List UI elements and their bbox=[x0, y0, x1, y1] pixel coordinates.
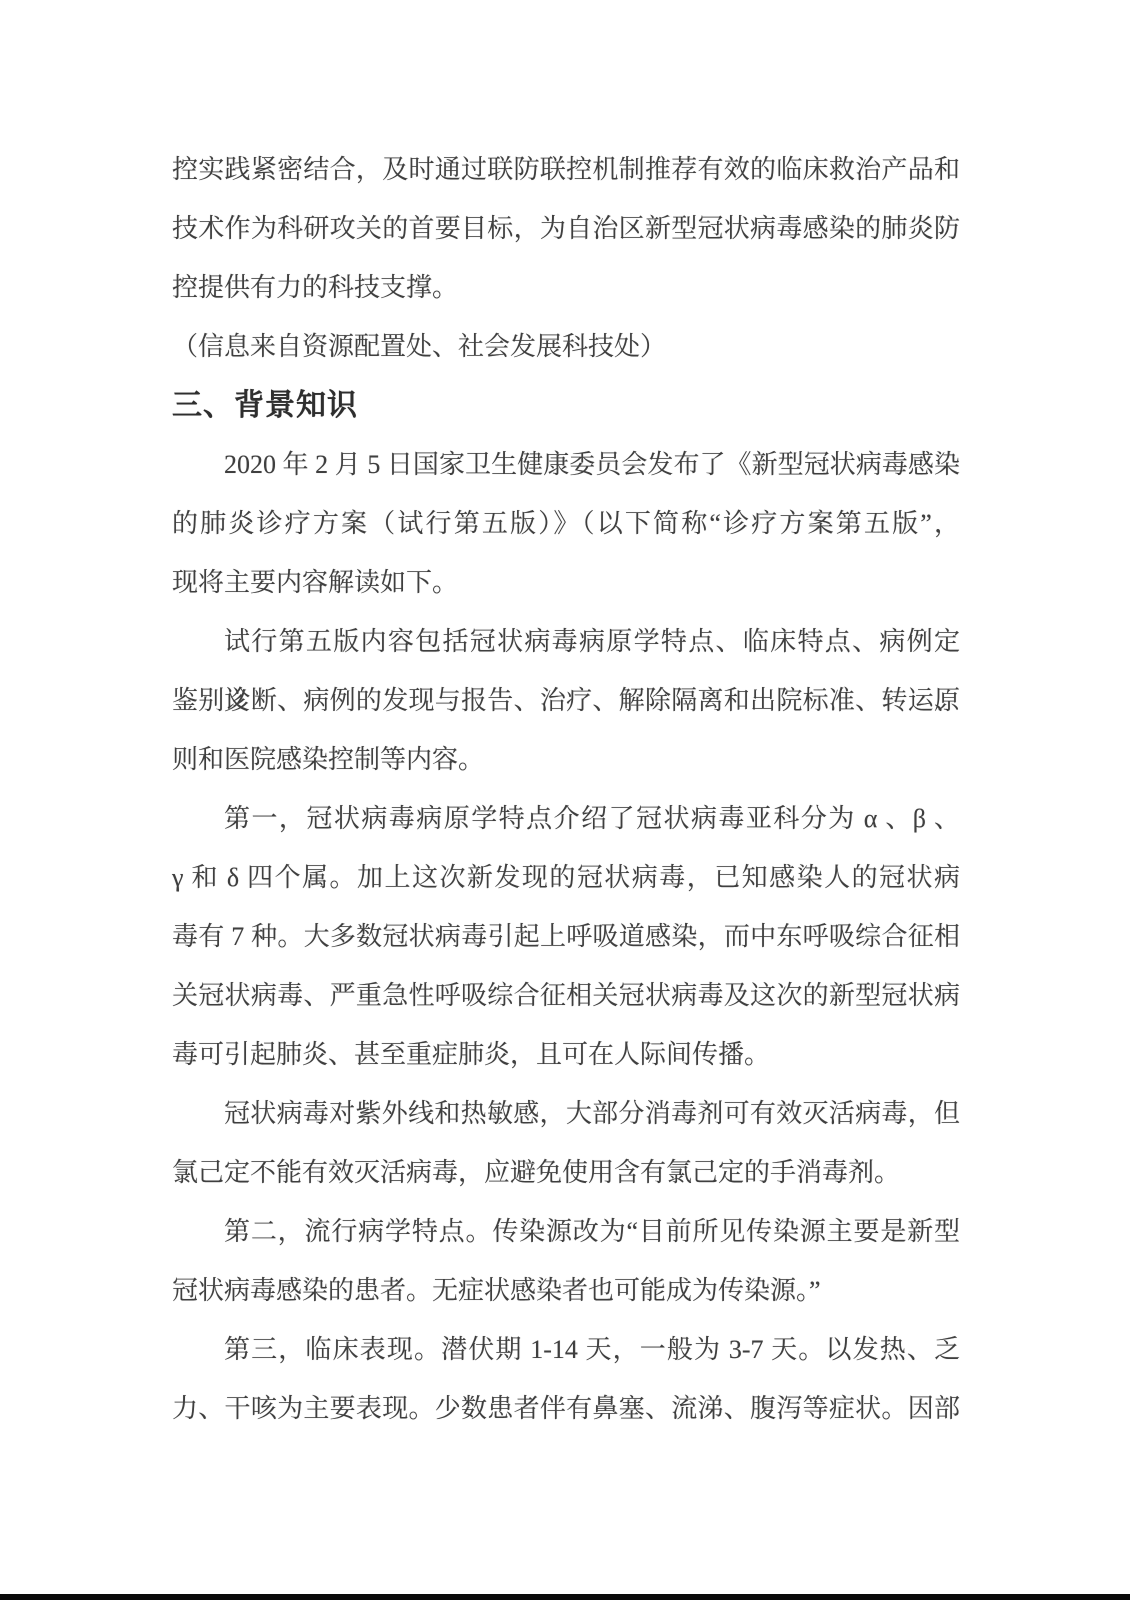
text-line: 冠状病毒对紫外线和热敏感，大部分消毒剂可有效灭活病毒，但 bbox=[172, 1084, 960, 1143]
text-line: 氯己定不能有效灭活病毒，应避免使用含有氯己定的手消毒剂。 bbox=[172, 1143, 960, 1202]
paragraph: 控实践紧密结合，及时通过联防联控机制推荐有效的临床救治产品和 技术作为科研攻关的… bbox=[172, 140, 960, 317]
text-line: 控实践紧密结合，及时通过联防联控机制推荐有效的临床救治产品和 bbox=[172, 140, 960, 199]
text-line: 冠状病毒感染的患者。无症状感染者也可能成为传染源。” bbox=[172, 1261, 960, 1320]
paragraph: 第三，临床表现。潜伏期 1-14 天，一般为 3-7 天。以发热、乏 力、干咳为… bbox=[172, 1320, 960, 1438]
paragraph: 冠状病毒对紫外线和热敏感，大部分消毒剂可有效灭活病毒，但 氯己定不能有效灭活病毒… bbox=[172, 1084, 960, 1202]
text-line: 的肺炎诊疗方案（试行第五版）》（以下简称“诊疗方案第五版”， bbox=[172, 494, 960, 553]
text-line: （信息来自资源配置处、社会发展科技处） bbox=[172, 317, 960, 376]
page-bottom-edge bbox=[0, 1594, 1130, 1600]
text-line: 第三，临床表现。潜伏期 1-14 天，一般为 3-7 天。以发热、乏 bbox=[172, 1320, 960, 1379]
document-page: 控实践紧密结合，及时通过联防联控机制推荐有效的临床救治产品和 技术作为科研攻关的… bbox=[172, 140, 960, 1438]
text-line: 控提供有力的科技支撑。 bbox=[172, 258, 960, 317]
section-heading: 三、背景知识 bbox=[172, 376, 960, 435]
text-line: γ 和 δ 四个属。加上这次新发现的冠状病毒，已知感染人的冠状病 bbox=[172, 848, 960, 907]
paragraph: 试行第五版内容包括冠状病毒病原学特点、临床特点、病例定义、 鉴别诊断、病例的发现… bbox=[172, 612, 960, 789]
text-line: 2020 年 2 月 5 日国家卫生健康委员会发布了《新型冠状病毒感染 bbox=[172, 435, 960, 494]
text-line: 第二，流行病学特点。传染源改为“目前所见传染源主要是新型 bbox=[172, 1202, 960, 1261]
text-line: 鉴别诊断、病例的发现与报告、治疗、解除隔离和出院标准、转运原 bbox=[172, 671, 960, 730]
text-line: 现将主要内容解读如下。 bbox=[172, 553, 960, 612]
text-line: 毒可引起肺炎、甚至重症肺炎，且可在人际间传播。 bbox=[172, 1025, 960, 1084]
text-line: 试行第五版内容包括冠状病毒病原学特点、临床特点、病例定义、 bbox=[172, 612, 960, 671]
text-line: 力、干咳为主要表现。少数患者伴有鼻塞、流涕、腹泻等症状。因部 bbox=[172, 1379, 960, 1438]
text-line: 毒有 7 种。大多数冠状病毒引起上呼吸道感染，而中东呼吸综合征相 bbox=[172, 907, 960, 966]
text-line: 关冠状病毒、严重急性呼吸综合征相关冠状病毒及这次的新型冠状病 bbox=[172, 966, 960, 1025]
text-line: 技术作为科研攻关的首要目标，为自治区新型冠状病毒感染的肺炎防 bbox=[172, 199, 960, 258]
paragraph: 第一，冠状病毒病原学特点介绍了冠状病毒亚科分为 α 、β 、 γ 和 δ 四个属… bbox=[172, 789, 960, 1084]
paragraph: 2020 年 2 月 5 日国家卫生健康委员会发布了《新型冠状病毒感染 的肺炎诊… bbox=[172, 435, 960, 612]
text-line: 第一，冠状病毒病原学特点介绍了冠状病毒亚科分为 α 、β 、 bbox=[172, 789, 960, 848]
text-line: 则和医院感染控制等内容。 bbox=[172, 730, 960, 789]
paragraph: 第二，流行病学特点。传染源改为“目前所见传染源主要是新型 冠状病毒感染的患者。无… bbox=[172, 1202, 960, 1320]
paragraph-attribution: （信息来自资源配置处、社会发展科技处） bbox=[172, 317, 960, 376]
